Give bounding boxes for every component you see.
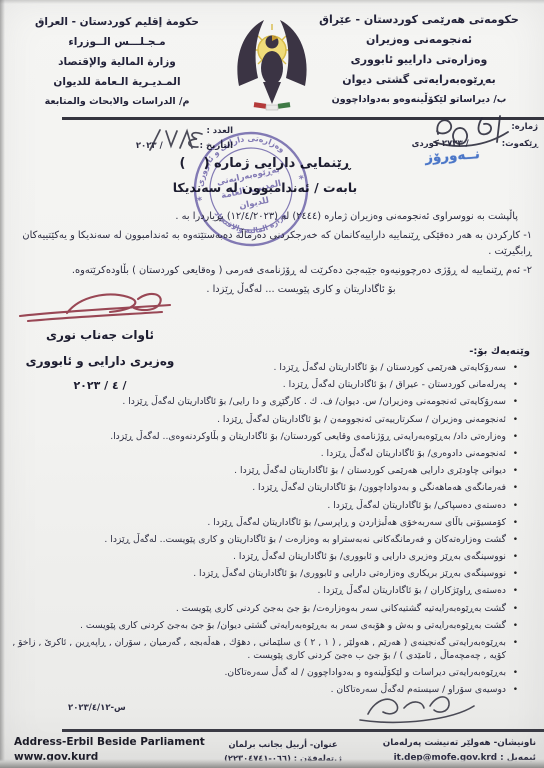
header-ar-line4: المـديـرية الـعامة للديوان [6, 72, 228, 92]
cc-item: فەرمانگەی هەماهەنگی و بەدواداچوون/ بۆ ئا… [10, 482, 518, 495]
cc-item: وەزارەتی داد/ بەڕێوەبەرایەتی ڕۆژنامەی وق… [10, 431, 518, 444]
cc-item: گشت بەڕێوەبەرایەتیە گشتیەكانی سەر بەوەزا… [10, 603, 518, 616]
cc-item: سەرۆكایەتی هەرێمی كوردستان / بۆ ئاگاداری… [10, 362, 518, 375]
footer-address-en: Address-Erbil Beside Parliament [14, 735, 224, 750]
header-ku-line1: حكومەتی هەرێمی كوردستان - عێراق [300, 10, 538, 30]
cc-item: ئەنجومەنی وەزیران / سكرتارییەتی ئەنجوومە… [10, 414, 518, 427]
cc-item: دیوانی چاودێری دارایی هەرێمی كوردستان / … [10, 465, 518, 478]
cc-item: دوسیەی سۆراو / سیستەم لەگەڵ سەرەتاكان . [10, 684, 518, 697]
handwritten-newroz-note: نــەورۆز [425, 146, 481, 166]
body-item-2: ٢- ئەم ڕێنماییە لە ڕۆژی دەرچوونیەوە جێبە… [10, 263, 532, 279]
header-ar-line5: م/ الدراسات والابحاث والمتابعة [6, 92, 228, 112]
scan-edge-bottom [0, 759, 544, 768]
cc-item: گشت بەڕێوەبەرایەتی و بەش و هۆبەی سەر بە … [10, 620, 518, 633]
cc-item: بەڕێوەبەرایەتی دیراسات و لێكۆڵینەوە و بە… [10, 667, 518, 680]
number-label-ku: ژمارە: [511, 122, 538, 132]
cc-item: نووسینگەی بەڕێز وەزیری دارایی و ئابووری/… [10, 551, 518, 564]
cc-item: نووسینگەی بەڕێز بریكاری وەزارەتی دارایی … [10, 568, 518, 581]
cc-item: دەستەی دەسپاكی/ بۆ ئاگاداریتان لەگەڵ ڕێز… [10, 500, 518, 513]
archive-ref-date: س-٢٠٢٣/٤/١٢ [68, 703, 126, 713]
krg-emblem-icon [232, 4, 312, 116]
header-ar-line2: مـجـلـــس الــوزراء [6, 32, 228, 52]
cc-item: بەڕێوەبەرایەتی گەنجینەی ( هەرێم , هەولێر… [10, 637, 518, 663]
footer-address-ku: ناونیشان- هەولێر تەنیشت پەرلەمان [358, 736, 536, 751]
header-arabic: حكومة إقليم كوردستان - العراق مـجـلـــس … [6, 12, 228, 112]
header-ar-line1: حكومة إقليم كوردستان - العراق [6, 12, 228, 32]
body-closing: بۆ ئاگاداریتان و كاری پێویست ... لەگەڵ ڕ… [10, 282, 532, 298]
footer-divider [62, 729, 544, 732]
copy-to-list: سەرۆكایەتی هەرێمی كوردستان / بۆ ئاگاداری… [10, 362, 530, 697]
copy-to-section: وێنەیەك بۆ:- سەرۆكایەتی هەرێمی كوردستان … [10, 346, 530, 701]
cc-item: دەستەی ڕاوێژكاران / بۆ ئاگاداریتان لەگەڵ… [10, 585, 518, 598]
scanned-letter-page: حكومەتی هەرێمی كوردستان - عێراق ئەنجومەن… [0, 0, 544, 768]
body-intro: پاڵپشت بە نووسراوی ئەنجومەنی وەزیران ژما… [10, 209, 532, 225]
header-ku-line3: وەزارەتی داراییو ئابووری [300, 50, 538, 70]
minister-name: ئاوات جەناب نوری [16, 322, 184, 348]
svg-text:*: * [196, 195, 204, 207]
cc-item: پەرلەمانی كوردستان - عیراق / بۆ ئاگاداری… [10, 379, 518, 392]
body-item-1: ١- كاركردن بە هەر دەقێكی ڕێنماییە دارایی… [10, 228, 532, 260]
cc-item: سەرۆكایەتی ئەنجومەنی وەزیران/ س. دیوان/ … [10, 396, 518, 409]
header-ku-line5: ب/ دیراساتو لێكۆڵینەوەو بەدواداچوون [300, 90, 538, 110]
header-ku-line4: بەڕێوەبەرایەتی گشتی دیوان [300, 70, 538, 90]
date-label-ku: ڕێكەوت: [502, 139, 538, 149]
cc-item: گشت وەزارەتەكان و فەرمانگەكانی نەبەستراو… [10, 534, 518, 547]
letter-body: پاڵپشت بە نووسراوی ئەنجومەنی وەزیران ژما… [10, 209, 532, 301]
scan-edge-left [0, 0, 5, 768]
cc-item: كۆمسیۆنی باڵای سەربەخۆی هەڵبژاردن و ڕاپر… [10, 517, 518, 530]
copy-to-heading: وێنەیەك بۆ:- [182, 346, 530, 357]
header-ar-line3: وزارة المالية والإقتصاد [6, 52, 228, 72]
header-ku-line2: ئەنجومەنی وەزیران [300, 30, 538, 50]
header-kurdish: حكومەتی هەرێمی كوردستان - عێراق ئەنجومەن… [300, 10, 538, 110]
footer-address-ar: عنوان- أربيل بجانب برلمان [208, 737, 358, 751]
cc-item: ئەنجومەنی دادوەری/ بۆ ئاگاداریتان لەگەڵ … [10, 448, 518, 461]
date-year-ar: / ٢٠٢٣ [136, 141, 163, 151]
